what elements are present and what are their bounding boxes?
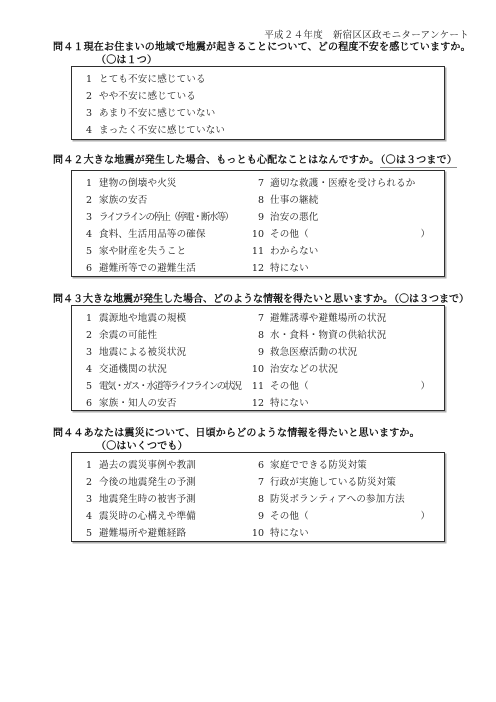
option-number: 9 [248, 508, 264, 525]
option-number: 4 [72, 226, 92, 243]
option-number: 10 [248, 226, 264, 243]
option-number: 12 [248, 395, 264, 412]
option-number: 1 [72, 457, 92, 474]
option-label: 余震の可能性 [99, 327, 157, 344]
option-row: 6家庭でできる防災対策 [248, 457, 444, 474]
options-column: 1震源地や地震の規模2余震の可能性3地震による被災状況4交通機関の状況5電気・ガ… [72, 310, 248, 412]
option-row: 8防災ボランティアへの参加方法 [248, 491, 444, 508]
question-42-heading: 問４２大きな地震が発生した場合、もっとも心配なことはなんですか。（〇は３つまで） [53, 154, 457, 167]
option-row: 7行政が実施している防災対策 [248, 474, 444, 491]
option-number: 9 [248, 344, 264, 361]
option-label: 治安などの状況 [270, 361, 338, 378]
option-row: 4震災時の心構えや準備 [72, 508, 248, 525]
option-close-paren: ） [420, 508, 444, 525]
option-row: 1とても不安に感じている [72, 71, 444, 88]
option-label: 今後の地震発生の予測 [99, 474, 196, 491]
option-row: 3地震による被災状況 [72, 344, 248, 361]
option-label: 食料、生活用品等の確保 [99, 226, 206, 243]
option-row: 10治安などの状況 [248, 361, 444, 378]
option-label: 交通機関の状況 [99, 361, 167, 378]
question-41-number: 問４１ [53, 42, 84, 53]
option-number: 7 [248, 474, 264, 491]
option-row: 3あまり不安に感じていない [72, 105, 444, 122]
option-row: 4交通機関の状況 [72, 361, 248, 378]
option-label: 水・食料・物資の供給状況 [270, 327, 386, 344]
option-number: 7 [248, 310, 264, 327]
question-43-constraint: （〇は３つまで） [394, 294, 469, 305]
option-label: 地震発生時の被害予測 [99, 491, 196, 508]
question-41-heading: 問４１現在お住まいの地域で地震が起きることについて、どの程度不安を感じていますか… [53, 41, 471, 69]
option-number: 11 [248, 243, 264, 260]
option-row: 7適切な救護・医療を受けられるか [248, 175, 444, 192]
option-label: やや不安に感じている [99, 88, 196, 105]
options-column: 7適切な救護・医療を受けられるか8仕事の継続9治安の悪化10その他（）11わから… [248, 175, 444, 277]
option-label: 地震による被災状況 [99, 344, 186, 361]
option-number: 4 [72, 508, 92, 525]
option-row: 8仕事の継続 [248, 192, 444, 209]
option-number: 11 [248, 378, 264, 395]
option-label: その他（ [270, 508, 309, 525]
option-number: 3 [72, 209, 92, 226]
option-number: 3 [72, 491, 92, 508]
option-row: 2余震の可能性 [72, 327, 248, 344]
question-43-number: 問４３ [53, 294, 83, 305]
option-label: 家族・知人の安否 [99, 395, 177, 412]
question-42-number: 問４２ [53, 155, 84, 166]
option-number: 8 [248, 192, 264, 209]
option-row: 5電気・ガス・水道等ライフラインの状況 [72, 378, 248, 395]
option-number: 3 [72, 105, 92, 122]
option-row: 1過去の震災事例や教訓 [72, 457, 248, 474]
option-number: 10 [248, 525, 264, 542]
option-number: 2 [72, 327, 92, 344]
options-column: 1建物の倒壊や火災2家族の安否3ライフラインの停止（停電・断水等）4食料、生活用… [72, 175, 248, 277]
option-row: 6避難所等での避難生活 [72, 260, 248, 277]
option-row: 10その他（） [248, 226, 444, 243]
option-close-paren: ） [420, 226, 444, 243]
option-number: 12 [248, 260, 264, 277]
options-column: 1過去の震災事例や教訓2今後の地震発生の予測3地震発生時の被害予測4震災時の心構… [72, 457, 248, 542]
option-row: 8水・食料・物資の供給状況 [248, 327, 444, 344]
option-number: 8 [248, 491, 264, 508]
option-label: 特にない [270, 395, 309, 412]
option-label: 過去の震災事例や教訓 [99, 457, 196, 474]
option-number: 7 [248, 175, 264, 192]
options-column: 7避難誘導や避難場所の状況8水・食料・物資の供給状況9救急医療活動の状況10治安… [248, 310, 444, 412]
question-44-options-box: 1過去の震災事例や教訓2今後の地震発生の予測3地震発生時の被害予測4震災時の心構… [71, 452, 445, 542]
survey-page: { "page": { "header": "平成２４年度 新宿区区政モニターア… [0, 0, 496, 702]
option-row: 2家族の安否 [72, 192, 248, 209]
option-label: 震源地や地震の規模 [99, 310, 186, 327]
option-label: 家や財産を失うこと [99, 243, 186, 260]
question-42-constraint: （〇は３つまで） [380, 155, 457, 168]
question-44-text: あなたは震災について、日頃からどのような情報を得たいと思いますか。 [84, 428, 420, 439]
document-title: 平成２４年度 新宿区区政モニターアンケート [264, 27, 469, 41]
option-label: 震災時の心構えや準備 [99, 508, 196, 525]
option-row: 7避難誘導や避難場所の状況 [248, 310, 444, 327]
option-row: 1震源地や地震の規模 [72, 310, 248, 327]
option-label: ライフラインの停止（停電・断水等） [99, 209, 232, 226]
option-label: とても不安に感じている [99, 71, 206, 88]
option-label: 電気・ガス・水道等ライフラインの状況 [99, 378, 240, 395]
option-row: 10特にない [248, 525, 444, 542]
option-row: 4食料、生活用品等の確保 [72, 226, 248, 243]
option-row: 3地震発生時の被害予測 [72, 491, 248, 508]
option-number: 2 [72, 88, 92, 105]
option-row: 12特にない [248, 260, 444, 277]
option-label: 適切な救護・医療を受けられるか [270, 175, 416, 192]
option-number: 5 [72, 525, 92, 542]
option-row: 3ライフラインの停止（停電・断水等） [72, 209, 248, 226]
option-number: 3 [72, 344, 92, 361]
option-number: 1 [72, 71, 92, 88]
option-label: 建物の倒壊や火災 [99, 175, 177, 192]
option-number: 6 [72, 395, 92, 412]
options-column: 6家庭でできる防災対策7行政が実施している防災対策8防災ボランティアへの参加方法… [248, 457, 444, 542]
question-41-options-box: 1とても不安に感じている2やや不安に感じている3あまり不安に感じていない4まった… [71, 66, 445, 140]
option-label: その他（ [270, 378, 309, 395]
question-43-text: 大きな地震が発生した場合、どのような情報を得たいと思いますか。 [83, 294, 393, 305]
option-number: 4 [72, 122, 92, 139]
option-row: 5避難場所や避難経路 [72, 525, 248, 542]
question-42-options-box: 1建物の倒壊や火災2家族の安否3ライフラインの停止（停電・断水等）4食料、生活用… [71, 170, 445, 277]
option-row: 9治安の悪化 [248, 209, 444, 226]
option-label: 特にない [270, 525, 309, 542]
option-close-paren: ） [420, 378, 444, 395]
option-number: 6 [248, 457, 264, 474]
option-row: 5家や財産を失うこと [72, 243, 248, 260]
option-label: 避難誘導や避難場所の状況 [270, 310, 386, 327]
question-41-text: 現在お住まいの地域で地震が起きることについて、どの程度不安を感じていますか。 [84, 42, 471, 53]
option-row: 1建物の倒壊や火災 [72, 175, 248, 192]
option-label: 特にない [270, 260, 309, 277]
option-number: 5 [72, 378, 92, 395]
option-label: わからない [270, 243, 319, 260]
option-label: 避難場所や避難経路 [99, 525, 186, 542]
option-number: 8 [248, 327, 264, 344]
question-44-number: 問４４ [53, 428, 84, 439]
option-row: 11その他（） [248, 378, 444, 395]
option-number: 9 [248, 209, 264, 226]
option-number: 6 [72, 260, 92, 277]
option-row: 6家族・知人の安否 [72, 395, 248, 412]
option-row: 12特にない [248, 395, 444, 412]
option-label: 家庭でできる防災対策 [270, 457, 367, 474]
question-42-text: 大きな地震が発生した場合、もっとも心配なことはなんですか。 [84, 155, 380, 166]
option-label: 家族の安否 [99, 192, 148, 209]
option-label: まったく不安に感じていない [99, 122, 225, 139]
option-number: 1 [72, 175, 92, 192]
option-number: 2 [72, 474, 92, 491]
option-label: 防災ボランティアへの参加方法 [270, 491, 405, 508]
option-number: 4 [72, 361, 92, 378]
option-label: あまり不安に感じていない [99, 105, 215, 122]
option-number: 5 [72, 243, 92, 260]
option-label: 行政が実施している防災対策 [270, 474, 396, 491]
option-row: 2今後の地震発生の予測 [72, 474, 248, 491]
option-label: 救急医療活動の状況 [270, 344, 357, 361]
option-number: 10 [248, 361, 264, 378]
option-label: その他（ [270, 226, 309, 243]
option-number: 2 [72, 192, 92, 209]
question-44-heading: 問４４あなたは震災について、日頃からどのような情報を得たいと思いますか。 （〇は… [53, 427, 420, 455]
option-row: 9救急医療活動の状況 [248, 344, 444, 361]
option-label: 避難所等での避難生活 [99, 260, 196, 277]
option-row: 4まったく不安に感じていない [72, 122, 444, 139]
options-column: 1とても不安に感じている2やや不安に感じている3あまり不安に感じていない4まった… [72, 71, 444, 139]
option-row: 11わからない [248, 243, 444, 260]
option-row: 2やや不安に感じている [72, 88, 444, 105]
option-row: 9その他（） [248, 508, 444, 525]
option-label: 仕事の継続 [270, 192, 319, 209]
question-43-options-box: 1震源地や地震の規模2余震の可能性3地震による被災状況4交通機関の状況5電気・ガ… [71, 305, 445, 411]
option-label: 治安の悪化 [270, 209, 319, 226]
option-number: 1 [72, 310, 92, 327]
